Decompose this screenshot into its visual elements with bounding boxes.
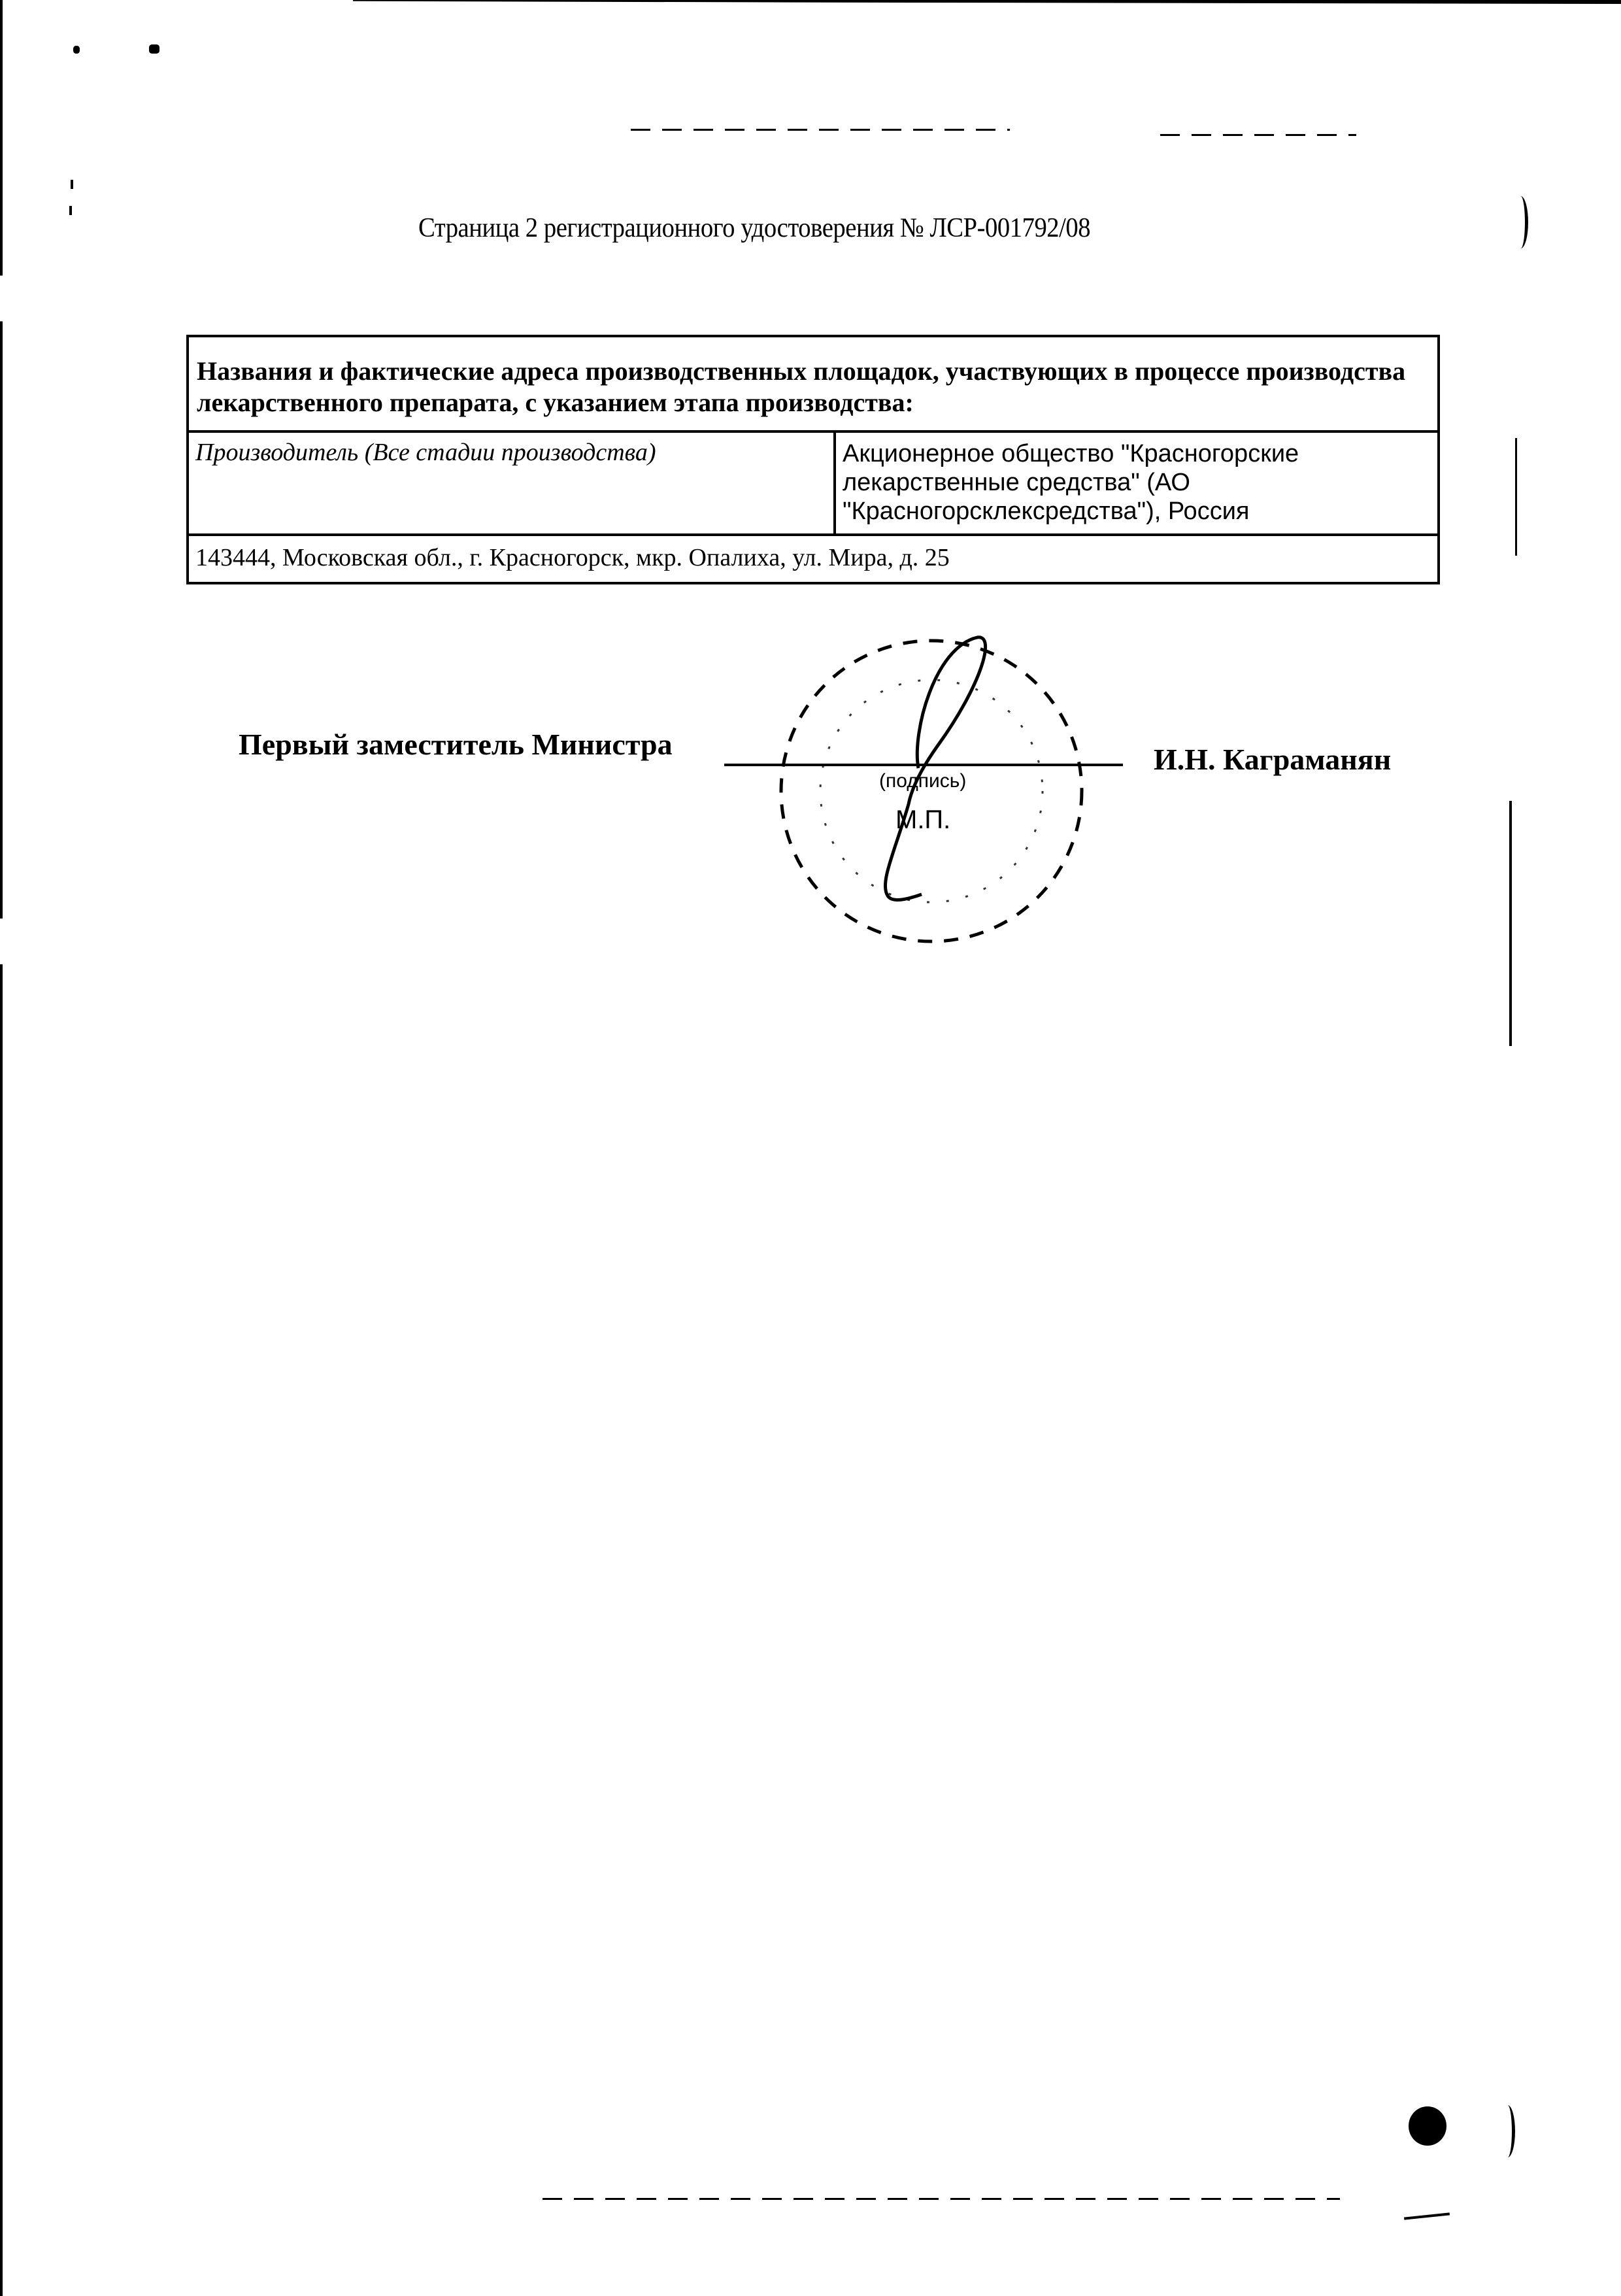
scan-speck xyxy=(69,206,72,215)
signature-line xyxy=(724,764,1123,766)
scan-speck xyxy=(71,180,73,189)
signatory-position: Первый заместитель Министра xyxy=(239,727,673,762)
page-heading: Страница 2 регистрационного удостоверени… xyxy=(418,212,1170,244)
manufacturer-role: Производитель (Все стадии производства) xyxy=(189,433,836,533)
scan-edge-top xyxy=(353,0,1621,4)
handwritten-signature xyxy=(885,637,985,900)
scan-blot xyxy=(1409,2106,1446,2146)
scan-dash-top xyxy=(1160,134,1356,136)
seal-caption: М.П. xyxy=(895,805,950,835)
scan-edge-right xyxy=(1509,935,1512,1046)
manufacturer-organization: Акционерное общество "Красногорские лека… xyxy=(836,433,1437,533)
scan-speck xyxy=(149,44,159,54)
scan-mark-paren xyxy=(1500,2105,1515,2157)
scan-edge-left xyxy=(0,0,3,2296)
scan-edge-right xyxy=(1515,438,1517,556)
scan-speck xyxy=(1404,2212,1450,2220)
scan-dash-top xyxy=(631,129,1010,131)
scan-mark-paren xyxy=(1513,196,1528,248)
scan-dash-bottom xyxy=(543,2198,1340,2200)
signatory-name: И.Н. Каграманян xyxy=(1154,742,1391,777)
scan-speck xyxy=(73,46,80,54)
production-sites-table: Названия и фактические адреса производст… xyxy=(186,335,1440,584)
signature-caption: (подпись) xyxy=(879,770,966,792)
manufacturer-address: 143444, Московская обл., г. Красногорск,… xyxy=(189,536,1437,582)
table-header: Названия и фактические адреса производст… xyxy=(189,337,1437,433)
table-row: Производитель (Все стадии производства) … xyxy=(189,433,1437,536)
